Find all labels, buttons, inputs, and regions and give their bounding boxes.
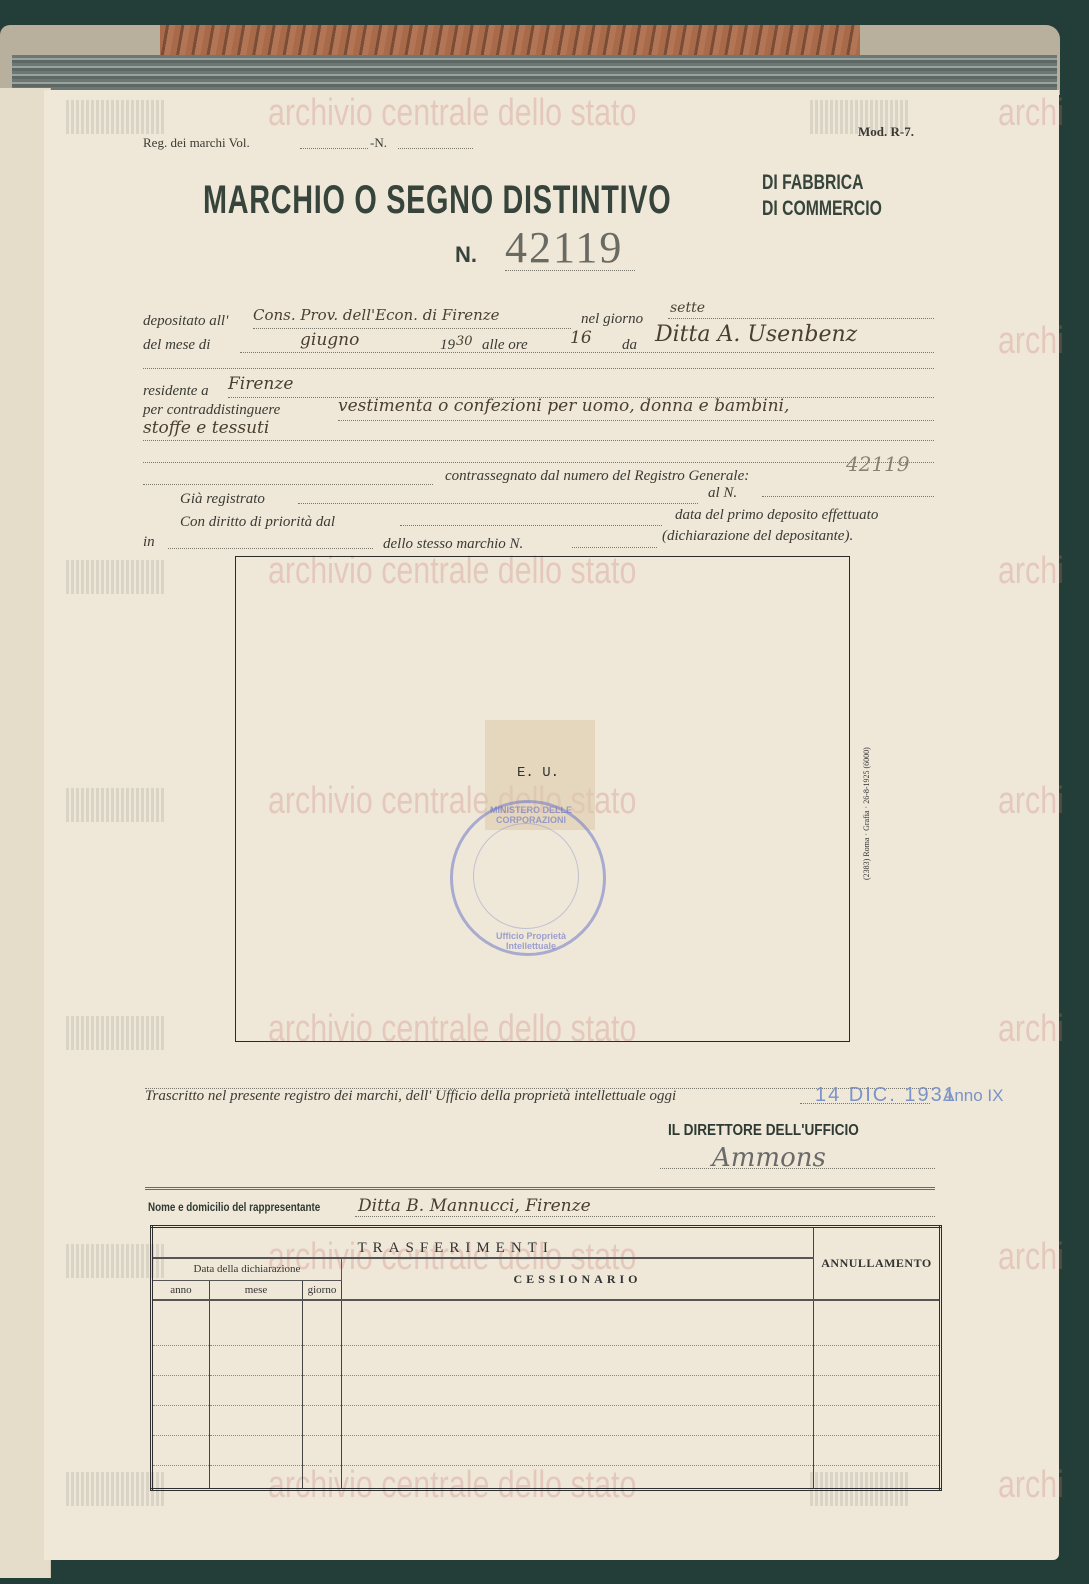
watermark: archi	[998, 1236, 1064, 1279]
cell-annullamento[interactable]	[814, 1345, 941, 1375]
year-suffix: 30	[456, 334, 473, 349]
date-group-spacer	[152, 1227, 342, 1259]
cell-anno[interactable]	[152, 1435, 210, 1465]
cell-anno[interactable]	[152, 1345, 210, 1375]
col-annullamento: ANNULLAMENTO	[814, 1227, 941, 1301]
transcription-date-stamp: 14 DIC. 1931	[815, 1084, 957, 1107]
page-edges	[12, 55, 1057, 95]
label-already-registered: Già registrato	[180, 491, 265, 508]
col-anno: anno	[152, 1280, 210, 1300]
label-first-deposit: data del primo deposito effettuato	[675, 507, 878, 524]
watermark-logo	[66, 100, 166, 134]
watermark: archi	[998, 1008, 1064, 1051]
label-resident: residente a	[143, 383, 209, 400]
office-line	[253, 328, 571, 329]
watermark: archi	[998, 320, 1064, 363]
cell-anno[interactable]	[152, 1300, 210, 1345]
cell-cessionario	[342, 1465, 814, 1489]
label-in: in	[143, 534, 155, 551]
table-row	[152, 1435, 941, 1465]
registry-pre-line	[143, 484, 433, 485]
signature-line	[660, 1168, 935, 1169]
deposit-office: Cons. Prov. dell'Econ. di Firenze	[253, 306, 500, 324]
blank-line	[143, 462, 934, 463]
page-title: MARCHIO O SEGNO DISTINTIVO	[203, 178, 671, 223]
label-declaration: (dichiarazione del depositante).	[662, 528, 853, 545]
cell-mese[interactable]	[210, 1300, 303, 1345]
registry-number: 42119	[846, 452, 910, 476]
watermark: archi	[998, 780, 1064, 823]
already-line	[298, 503, 698, 504]
representative-value: Ditta B. Mannucci, Firenze	[358, 1196, 591, 1216]
cell-annullamento[interactable]	[814, 1405, 941, 1435]
watermark: archivio centrale dello stato	[268, 92, 636, 135]
cell-cessionario[interactable]	[342, 1405, 814, 1435]
day-line	[668, 318, 934, 319]
cell-giorno[interactable]	[303, 1405, 342, 1435]
book-spine-marble	[160, 25, 860, 55]
printer-note: (2383) Roma · Grafia · 26-8-1925 (6000)	[862, 747, 871, 880]
table-row	[152, 1345, 941, 1375]
cell-mese[interactable]	[210, 1405, 303, 1435]
table-row	[152, 1465, 941, 1489]
cell-anno	[152, 1465, 210, 1489]
cell-mese[interactable]	[210, 1345, 303, 1375]
stamp-text-top: MINISTERO DELLE CORPORAZIONI	[471, 805, 591, 825]
transfers-table: TRASFERIMENTI ANNULLAMENTO Data della di…	[150, 1225, 942, 1491]
label-month: del mese di	[143, 337, 210, 354]
reg-vol-field	[300, 148, 368, 149]
label-transcription: Trascritto nel presente registro dei mar…	[145, 1088, 676, 1105]
purpose-line2-rule	[143, 440, 934, 441]
cell-annullamento[interactable]	[814, 1375, 941, 1405]
same-mark-line	[572, 547, 657, 548]
subtitle-commercio: DI COMMERCIO	[762, 196, 882, 222]
label-purpose: per contraddistinguere	[143, 402, 280, 419]
label-registry: contrassegnato dal numero del Registro G…	[445, 468, 749, 485]
deposit-day: sette	[670, 300, 705, 316]
blank-line	[143, 368, 934, 369]
cell-mese	[210, 1465, 303, 1489]
mark-eu-text: E. U.	[517, 765, 559, 781]
month-line	[240, 352, 934, 353]
cell-cessionario[interactable]	[342, 1300, 814, 1345]
label-same-mark: dello stesso marchio N.	[383, 536, 523, 553]
transcription-anno: Anno IX	[943, 1086, 1004, 1106]
priority-line	[400, 525, 662, 526]
cell-mese[interactable]	[210, 1375, 303, 1405]
cell-annullamento	[814, 1465, 941, 1489]
mark-number-line	[505, 270, 635, 271]
resident-city: Firenze	[228, 374, 293, 394]
representative-label: Nome e domicilio del rappresentante	[148, 1200, 320, 1214]
purpose-line-rule	[338, 420, 934, 421]
cell-giorno	[303, 1465, 342, 1489]
col-cessionario: CESSIONARIO	[342, 1258, 814, 1300]
table-row	[152, 1375, 941, 1405]
purpose-line-1: vestimenta o confezioni per uomo, donna …	[338, 396, 789, 416]
table-row	[152, 1300, 941, 1345]
cell-cessionario[interactable]	[342, 1375, 814, 1405]
cell-anno[interactable]	[152, 1375, 210, 1405]
col-giorno: giorno	[303, 1280, 342, 1300]
label-deposited: depositato all'	[143, 313, 228, 330]
stamp-emblem-ring	[473, 823, 579, 929]
watermark-logo	[66, 788, 166, 822]
number-prefix: N.	[455, 242, 477, 268]
depositor-name: Ditta A. Usenbenz	[655, 322, 857, 347]
cell-cessionario[interactable]	[342, 1435, 814, 1465]
deposit-month: giugno	[300, 330, 359, 350]
cell-mese[interactable]	[210, 1435, 303, 1465]
subtitle-fabbrica: DI FABBRICA	[762, 170, 864, 196]
cell-giorno[interactable]	[303, 1435, 342, 1465]
ministry-stamp: MINISTERO DELLE CORPORAZIONI Ufficio Pro…	[450, 800, 606, 956]
label-priority: Con diritto di priorità dal	[180, 514, 335, 531]
transfers-title-cell: TRASFERIMENTI	[342, 1227, 814, 1259]
deposit-hour: 16	[570, 328, 592, 348]
reg-n-field	[398, 148, 473, 149]
transfers-title: TRASFERIMENTI	[358, 1240, 554, 1256]
stamp-text-bottom: Ufficio Proprietà Intellettuale	[471, 931, 591, 951]
model-label: Mod. R-7.	[858, 124, 914, 140]
table-row	[152, 1405, 941, 1435]
col-mese: mese	[210, 1280, 303, 1300]
cell-cessionario[interactable]	[342, 1345, 814, 1375]
representative-line	[355, 1216, 935, 1217]
cell-anno[interactable]	[152, 1405, 210, 1435]
col-date-group: Data della dichiarazione	[152, 1258, 342, 1280]
cell-annullamento[interactable]	[814, 1300, 941, 1345]
purpose-line-2: stoffe e tessuti	[143, 418, 269, 438]
reg-label: Reg. dei marchi Vol.	[143, 135, 250, 151]
cell-annullamento[interactable]	[814, 1435, 941, 1465]
cell-giorno[interactable]	[303, 1300, 342, 1345]
mark-number: 42119	[505, 222, 623, 273]
director-label: IL DIRETTORE DELL'UFFICIO	[668, 1122, 859, 1140]
cell-giorno[interactable]	[303, 1345, 342, 1375]
label-al-n: al N.	[708, 485, 737, 502]
section-divider	[145, 1187, 935, 1190]
cell-giorno[interactable]	[303, 1375, 342, 1405]
watermark: archi	[998, 550, 1064, 593]
al-n-line	[762, 496, 934, 497]
watermark: archi	[998, 92, 1064, 135]
watermark-logo	[66, 560, 166, 594]
in-line	[168, 548, 373, 549]
reg-n-label: -N.	[370, 135, 387, 151]
watermark: archi	[998, 1464, 1064, 1507]
watermark-logo	[66, 1016, 166, 1050]
label-day: nel giorno	[581, 311, 643, 328]
